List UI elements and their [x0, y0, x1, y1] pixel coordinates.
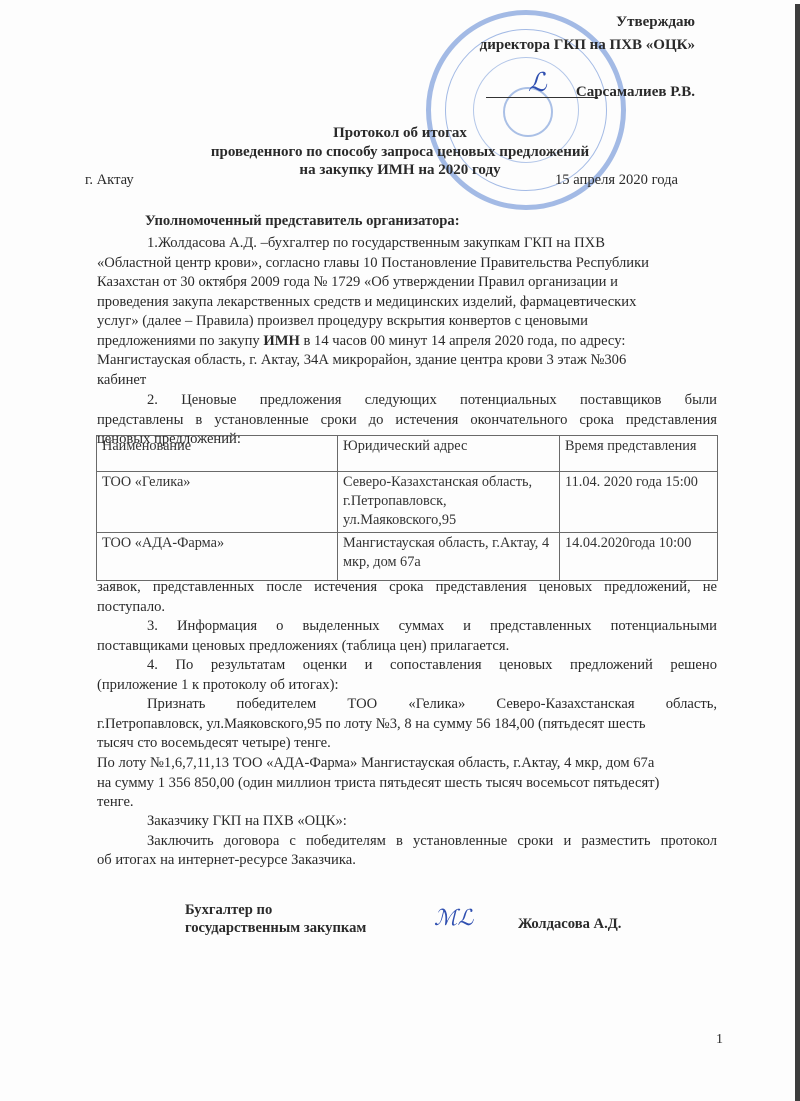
paragraph-1-line: 1.Жолдасова А.Д. –бухгалтер по государст…: [97, 234, 737, 254]
customer-instruction: Заказчику ГКП на ПХВ «ОЦК»: Заключить до…: [97, 812, 717, 871]
late-bids-note: заявок, представленных после истечения с…: [97, 578, 717, 617]
signer-position-2: государственным закупкам: [185, 920, 366, 937]
supplier-address: Северо-Казахстанская область, г.Петропав…: [338, 472, 560, 533]
paragraph-3-line: поставщиками ценовых предложениях (табли…: [97, 637, 717, 657]
text-segment: предложениями по закупу: [97, 333, 263, 349]
place: г. Актау: [85, 172, 134, 189]
submission-time: 11.04. 2020 года 15:00: [560, 472, 718, 533]
paragraph-1-line: «Областной центр крови», согласно главы …: [97, 254, 737, 274]
submission-time: 14.04.2020года 10:00: [560, 533, 718, 581]
paragraph-4-line: 4. По результатам оценки и сопоставления…: [97, 656, 717, 676]
decision-line: По лоту №1,6,7,11,13 ТОО «АДА-Фарма» Ман…: [97, 754, 717, 774]
note-line: заявок, представленных после истечения с…: [97, 578, 717, 598]
paragraph-2-line: представлены в установленные сроки до ис…: [97, 411, 717, 431]
document-date: 15 апреля 2020 года: [555, 172, 678, 189]
approval-signatory: Сарсамалиев Р.В.: [576, 84, 695, 101]
table-header: Юридический адрес: [338, 436, 560, 472]
paragraph-1: 1.Жолдасова А.Д. –бухгалтер по государст…: [97, 234, 737, 390]
signer-position: Бухгалтер по: [185, 902, 272, 919]
paragraph-2-line: 2. Ценовые предложения следующих потенци…: [97, 391, 717, 411]
decision-line: тенге.: [97, 793, 717, 813]
decision-line: г.Петропавловск, ул.Маяковского,95 по ло…: [97, 715, 717, 735]
table-row: ТОО «АДА-Фарма» Мангистауская область, г…: [97, 533, 718, 581]
director-signature-icon: ℒ: [528, 68, 547, 98]
paragraph-1-line: Казахстан от 30 октября 2009 года № 1729…: [97, 273, 737, 293]
customer-heading: Заказчику ГКП на ПХВ «ОЦК»:: [97, 812, 717, 832]
paragraph-4: 4. По результатам оценки и сопоставления…: [97, 656, 717, 695]
table-header: Время представления: [560, 436, 718, 472]
paragraph-3-line: 3. Информация о выделенных суммах и пред…: [97, 617, 717, 637]
decision-line: на сумму 1 356 850,00 (один миллион трис…: [97, 774, 717, 794]
accountant-signature-icon: ℳℒ: [434, 906, 473, 931]
decision-line: Признать победителем ТОО «Гелика» Северо…: [97, 695, 717, 715]
signer-name: Жолдасова А.Д.: [518, 916, 621, 933]
table-header: Наименование: [97, 436, 338, 472]
text-segment: в 14 часов 00 минут 14 апреля 2020 года,…: [300, 333, 626, 349]
representative-heading: Уполномоченный представитель организатор…: [145, 213, 460, 230]
paragraph-4-line: (приложение 1 к протоколу об итогах):: [97, 676, 717, 696]
note-line: поступало.: [97, 598, 717, 618]
document-subtitle: проведенного по способу запроса ценовых …: [0, 144, 800, 161]
customer-line: Заключить договора с победителям в устан…: [97, 832, 717, 852]
page-number: 1: [716, 1032, 723, 1048]
item-category: ИМН: [263, 333, 299, 349]
approval-heading: Утверждаю: [616, 14, 695, 31]
paragraph-1-line: Мангистауская область, г. Актау, 34А мик…: [97, 351, 737, 371]
customer-line: об итогах на интернет-ресурсе Заказчика.: [97, 851, 717, 871]
winner-1-decision: Признать победителем ТОО «Гелика» Северо…: [97, 695, 717, 754]
decision-line: тысяч сто восемьдесят четыре) тенге.: [97, 734, 717, 754]
approval-position: директора ГКП на ПХВ «ОЦК»: [480, 37, 695, 54]
table-row: ТОО «Гелика» Северо-Казахстанская област…: [97, 472, 718, 533]
winner-2-decision: По лоту №1,6,7,11,13 ТОО «АДА-Фарма» Ман…: [97, 754, 717, 813]
offers-table: Наименование Юридический адрес Время пре…: [96, 435, 718, 581]
supplier-name: ТОО «Гелика»: [97, 472, 338, 533]
table-header-row: Наименование Юридический адрес Время пре…: [97, 436, 718, 472]
supplier-address: Мангистауская область, г.Актау, 4 мкр, д…: [338, 533, 560, 581]
paragraph-1-line: услуг» (далее – Правила) произвел процед…: [97, 312, 737, 332]
paragraph-1-line: проведения закупа лекарственных средств …: [97, 293, 737, 313]
paragraph-1-line: кабинет: [97, 371, 737, 391]
supplier-name: ТОО «АДА-Фарма»: [97, 533, 338, 581]
document-title: Протокол об итогах: [0, 125, 800, 142]
paragraph-1-line: предложениями по закупу ИМН в 14 часов 0…: [97, 332, 737, 352]
paragraph-3: 3. Информация о выделенных суммах и пред…: [97, 617, 717, 656]
